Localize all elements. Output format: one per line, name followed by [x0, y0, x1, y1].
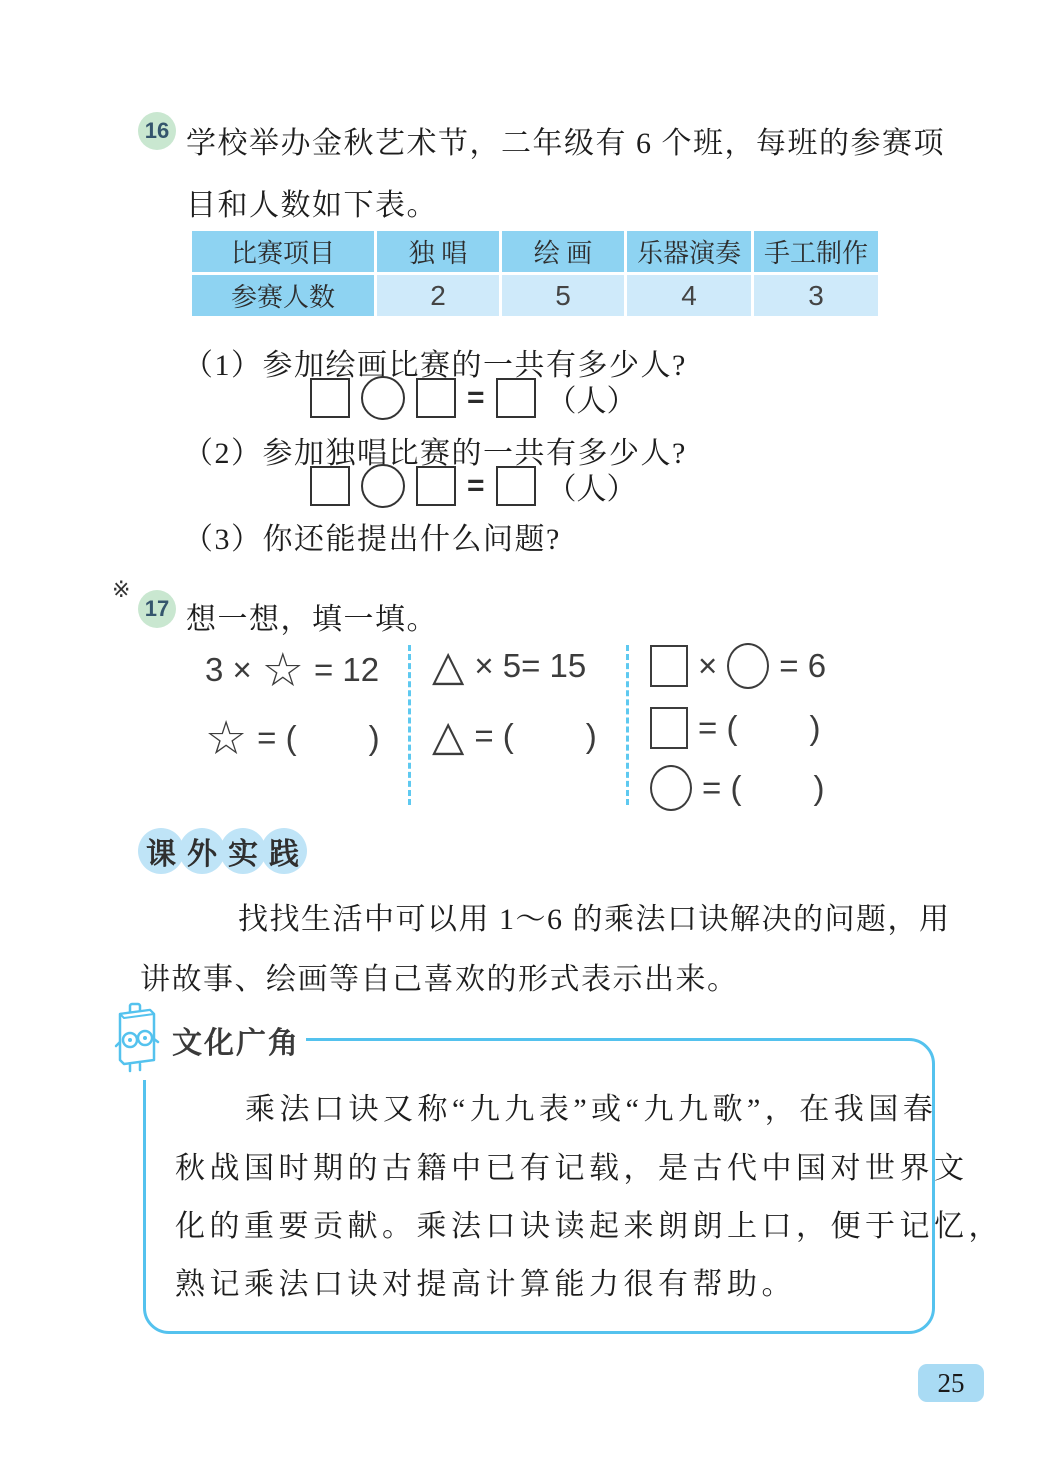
equals-sign: = [467, 381, 485, 415]
operator-circle [361, 376, 405, 420]
answer-close: ) [813, 769, 824, 807]
p17-col1-equation: 3 × ☆ = 12 [205, 644, 379, 696]
practice-text-line-2: 讲故事、绘画等自己喜欢的形式表示出来。 [140, 954, 739, 998]
practice-text-line-1: 找找生活中可以用 1～6 的乘法口诀解决的问题，用 [238, 894, 951, 938]
table-corner-cell: 比赛项目 [192, 231, 374, 272]
equals-sign: = [467, 469, 485, 503]
times-sign: × [698, 647, 717, 685]
answer-open: = ( [474, 717, 513, 755]
problem-17-title: 想一想，填一填。 [186, 594, 438, 638]
table-value-cell: 3 [754, 275, 878, 316]
answer-square [496, 378, 536, 418]
p17-col3-equation: × = 6 [650, 640, 826, 692]
table-header-cell: 独 唱 [377, 231, 499, 272]
table-header-cell: 手工制作 [754, 231, 878, 272]
page-number-badge: 25 [918, 1364, 984, 1402]
book-mascot-icon [110, 1002, 164, 1079]
triangle-shape: △ [432, 645, 464, 687]
square-shape [650, 707, 688, 749]
star-shape: ☆ [205, 715, 247, 762]
question-3: （3）你还能提出什么问题? [183, 514, 561, 558]
unit-label: （人） [547, 376, 637, 420]
answer-square [310, 378, 350, 418]
practice-section-title: 课 外 实 践 [138, 828, 302, 874]
operator-circle [361, 464, 405, 508]
p17-col3-answer-circle: = ( ) [650, 762, 824, 814]
star-shape: ☆ [262, 647, 304, 694]
page-number: 25 [938, 1368, 965, 1399]
column-divider [408, 645, 411, 805]
practice-title-char: 外 [179, 828, 225, 874]
circle-shape [727, 643, 769, 689]
answer-open: = ( [257, 719, 296, 757]
square-shape [650, 645, 688, 687]
textbook-page: 16 学校举办金秋艺术节，二年级有 6 个班，每班的参赛项 目和人数如下表。 比… [0, 0, 1048, 1474]
practice-title-char: 实 [220, 828, 266, 874]
p17-col2-answer: △ = ( ) [432, 710, 597, 762]
table-row-label: 参赛人数 [192, 275, 374, 316]
answer-square [416, 466, 456, 506]
circle-shape [650, 765, 692, 811]
problem-16-number: 16 [145, 118, 169, 144]
practice-title-char: 践 [261, 828, 307, 874]
answer-close: ) [809, 709, 820, 747]
p17-col3-answer-square: = ( ) [650, 702, 820, 754]
culture-text-line: 秋战国时期的古籍中已有记载，是古代中国对世界文 [175, 1143, 969, 1187]
answer-close: ) [586, 717, 597, 755]
column-divider [626, 645, 629, 805]
p17-col2-equation: △ × 5= 15 [432, 640, 586, 692]
answer-open: = ( [702, 769, 741, 807]
culture-text-line: 乘法口诀又称“九九表”或“九九歌”，在我国春 [245, 1084, 937, 1128]
culture-header: 文化广角 [110, 1000, 306, 1080]
answer-square [496, 466, 536, 506]
answer-square [416, 378, 456, 418]
culture-text-line: 化的重要贡献。乘法口诀读起来朗朗上口，便于记忆， [175, 1201, 1003, 1245]
problem-16-text-line-2: 目和人数如下表。 [186, 180, 438, 224]
answer-equation-1: = （人） [310, 374, 637, 422]
table-value-cell: 2 [377, 275, 499, 316]
p17-col1-answer: ☆ = ( ) [205, 712, 380, 764]
practice-title-char: 课 [138, 828, 184, 874]
equation-text: 3 × [205, 651, 252, 689]
reference-mark: ※ [112, 578, 130, 603]
table-header-cell: 乐器演奏 [627, 231, 751, 272]
problem-17-badge: 17 [138, 590, 176, 628]
unit-label: （人） [547, 464, 637, 508]
answer-equation-2: = （人） [310, 462, 637, 510]
equation-text: = 6 [779, 647, 826, 685]
triangle-shape: △ [432, 715, 464, 757]
culture-text-line: 熟记乘法口诀对提高计算能力很有帮助。 [175, 1259, 796, 1303]
table-value-cell: 5 [502, 275, 624, 316]
answer-square [310, 466, 350, 506]
culture-title: 文化广角 [172, 1018, 300, 1062]
problem-16-text-line-1: 学校举办金秋艺术节，二年级有 6 个班，每班的参赛项 [186, 118, 945, 162]
equation-text: × 5= 15 [474, 647, 586, 685]
problem-16-badge: 16 [138, 112, 176, 150]
contest-table: 比赛项目 独 唱 绘 画 乐器演奏 手工制作 参赛人数 2 5 4 3 [192, 231, 878, 316]
equation-text: = 12 [314, 651, 379, 689]
answer-close: ) [369, 719, 380, 757]
table-header-cell: 绘 画 [502, 231, 624, 272]
problem-17-number: 17 [145, 596, 169, 622]
answer-open: = ( [698, 709, 737, 747]
table-value-cell: 4 [627, 275, 751, 316]
